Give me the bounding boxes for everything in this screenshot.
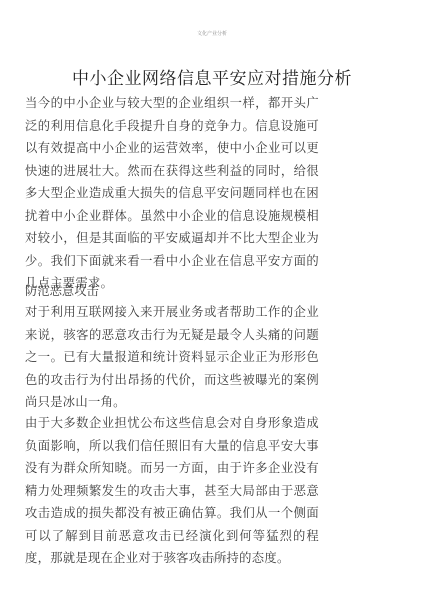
section-paragraph-2: 由于大多数企业担忧公布这些信息会对自身形象造成负面影响，所以我们信任照旧有大量的… bbox=[25, 412, 319, 570]
section-paragraph-1: 对于利用互联网接入来开展业务或者帮助工作的企业来说，骇客的恶意攻击行为无疑是最令… bbox=[25, 301, 319, 414]
document-title: 中小企业网络信息平安应对措施分析 bbox=[0, 64, 424, 89]
paragraph-text: 当今的中小企业与较大型的企业组织一样，都开头广泛的利用信息化手段提升自身的竞争力… bbox=[25, 92, 319, 295]
section-heading: 防范恶意攻击 bbox=[25, 281, 99, 299]
page-header: 文化产业分析 bbox=[0, 30, 424, 37]
paragraph-text: 对于利用互联网接入来开展业务或者帮助工作的企业来说，骇客的恶意攻击行为无疑是最令… bbox=[25, 301, 319, 414]
intro-paragraph: 当今的中小企业与较大型的企业组织一样，都开头广泛的利用信息化手段提升自身的竞争力… bbox=[25, 92, 319, 295]
page-footer: 文化产业分析 bbox=[0, 556, 424, 563]
paragraph-text: 由于大多数企业担忧公布这些信息会对自身形象造成负面影响，所以我们信任照旧有大量的… bbox=[25, 412, 319, 570]
